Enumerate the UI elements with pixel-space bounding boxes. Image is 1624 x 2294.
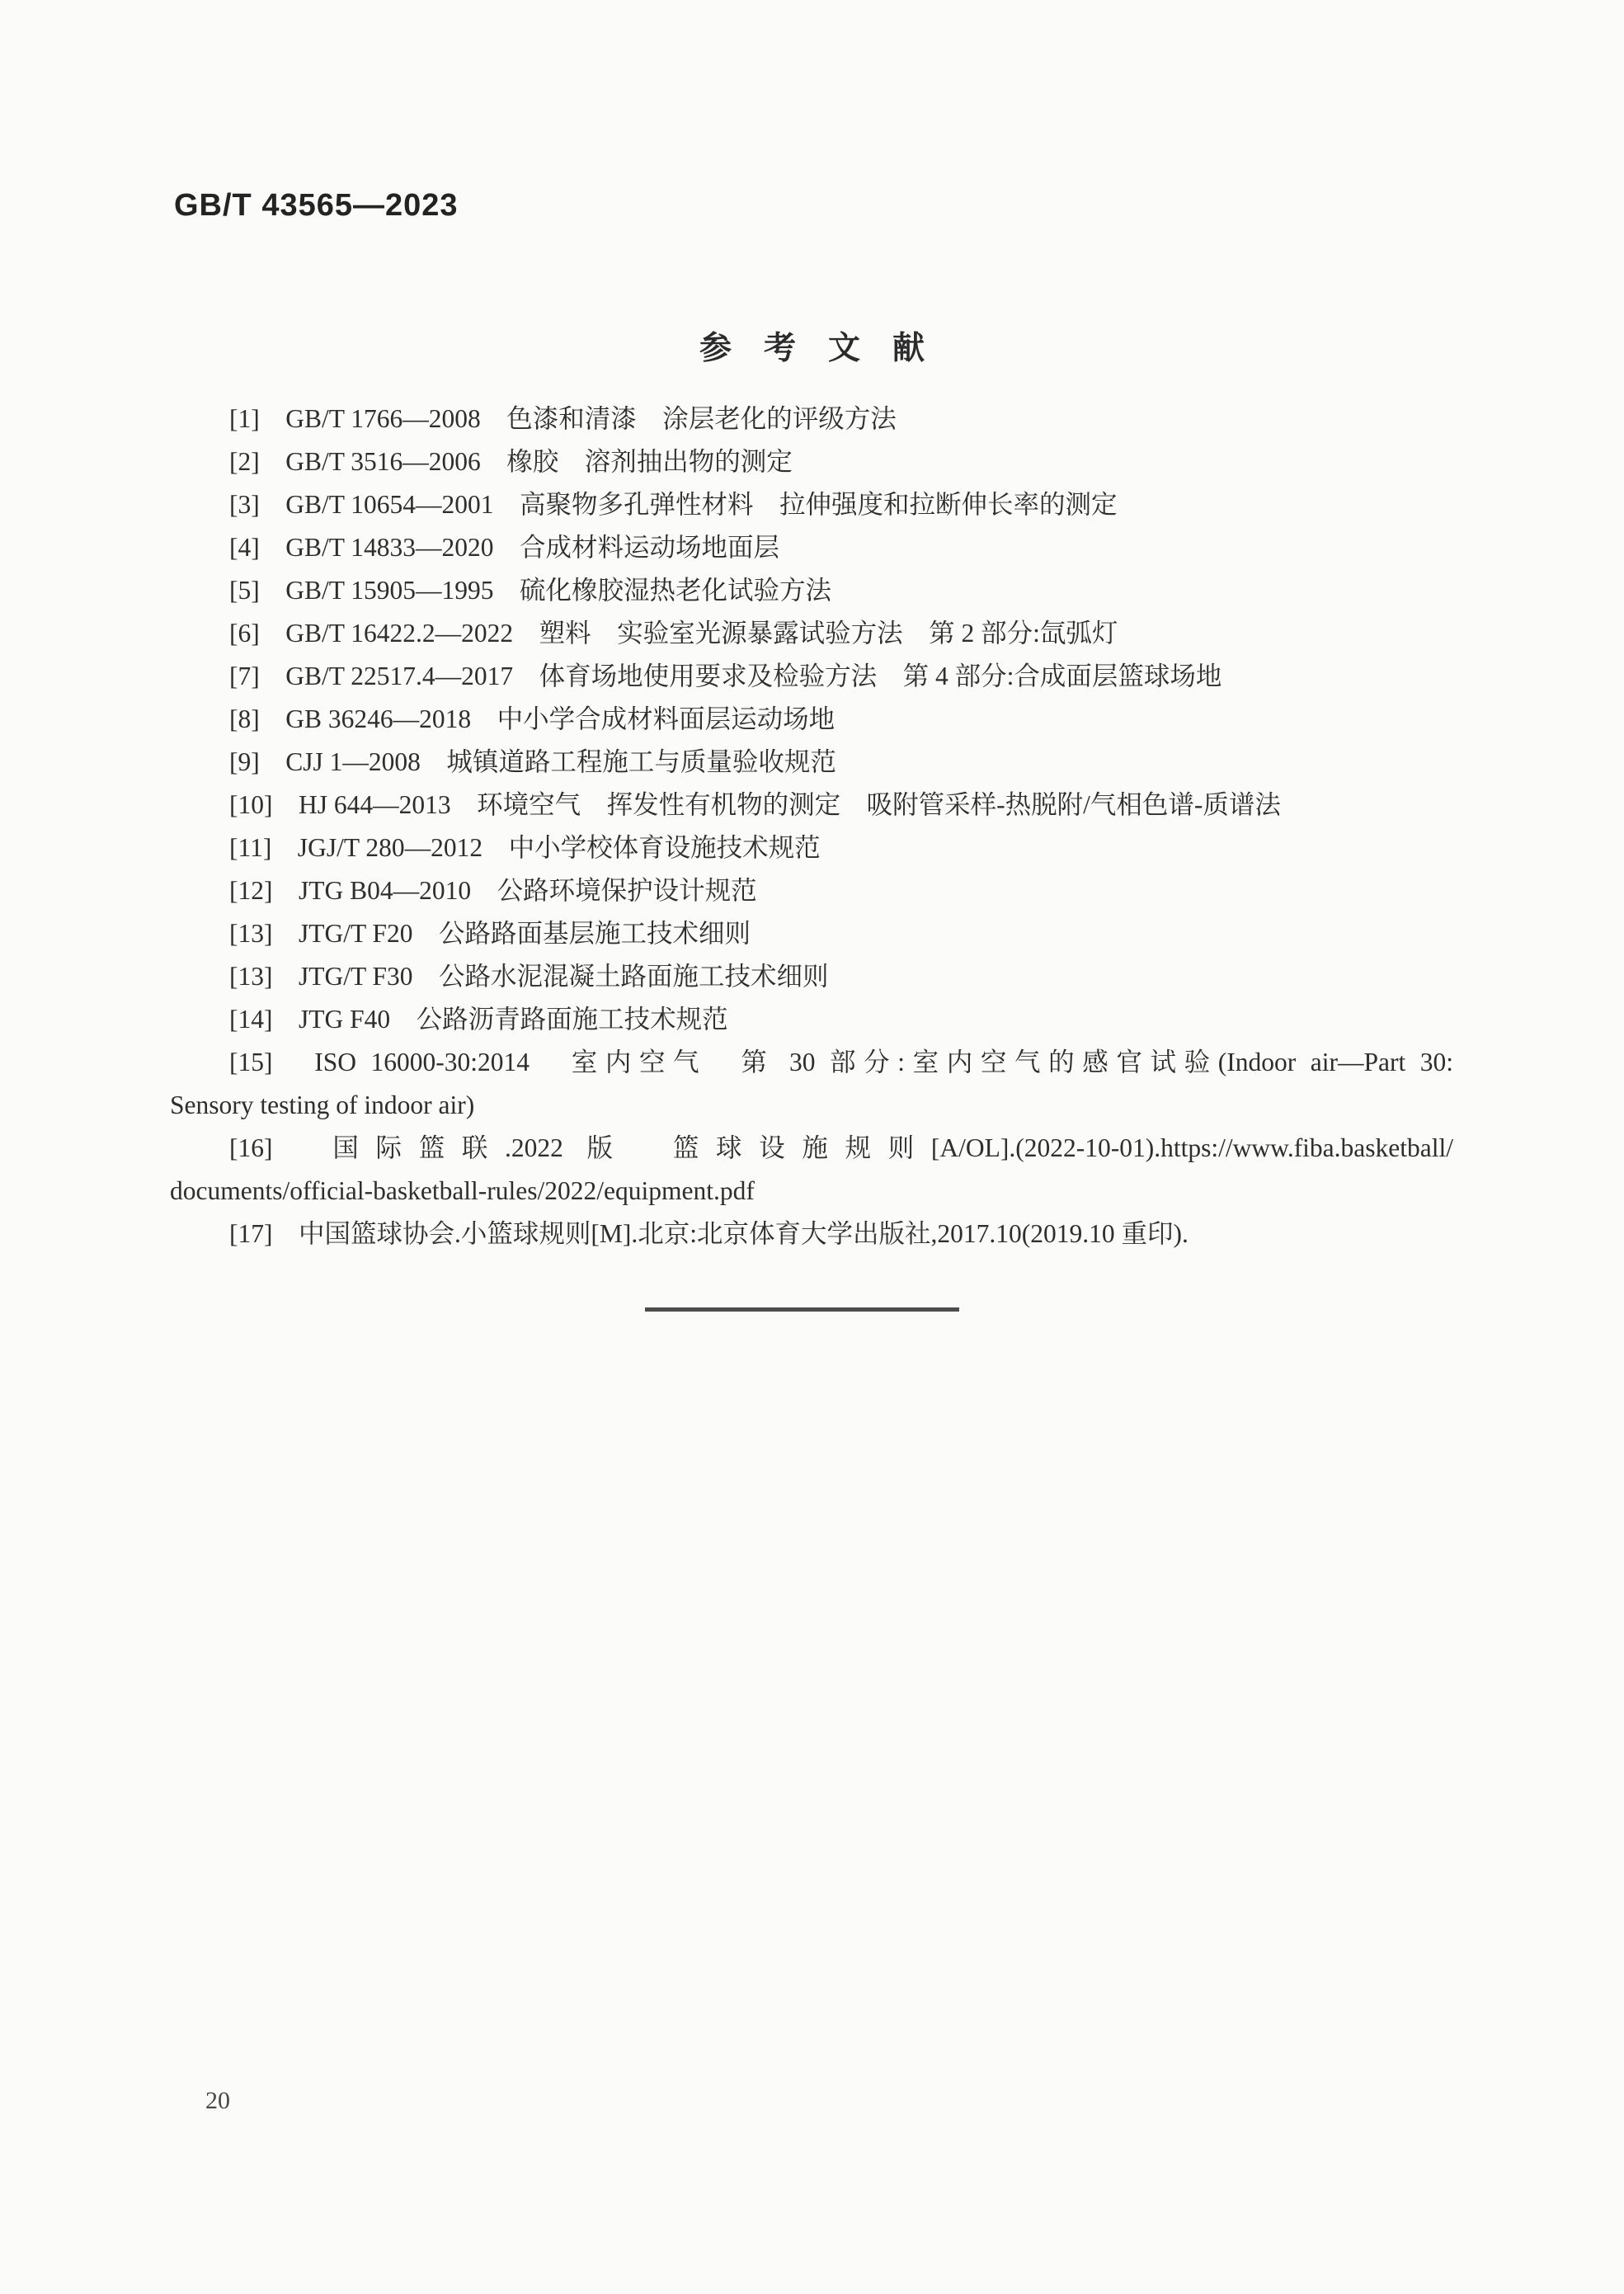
reference-item-continuation: documents/official-basketball-rules/2022… [170, 1170, 1453, 1213]
reference-item: [13] JTG/T F30 公路水泥混凝土路面施工技术细则 [170, 955, 1453, 998]
reference-item: [17] 中国篮球协会.小篮球规则[M].北京:北京体育大学出版社,2017.1… [170, 1213, 1453, 1255]
reference-item: [6] GB/T 16422.2—2022 塑料 实验室光源暴露试验方法 第 2… [170, 612, 1453, 655]
reference-item: [10] HJ 644—2013 环境空气 挥发性有机物的测定 吸附管采样-热脱… [170, 784, 1453, 827]
document-page: GB/T 43565—2023 参 考 文 献 [1] GB/T 1766—20… [0, 0, 1624, 2294]
reference-list: [1] GB/T 1766—2008 色漆和清漆 涂层老化的评级方法[2] GB… [170, 398, 1453, 1255]
reference-item: [4] GB/T 14833—2020 合成材料运动场地面层 [170, 526, 1453, 569]
scanned-standard-page: { "page": { "header": "GB/T 43565—2023",… [0, 0, 1624, 2294]
reference-item: [12] JTG B04—2010 公路环境保护设计规范 [170, 869, 1453, 912]
reference-item: [11] JGJ/T 280—2012 中小学校体育设施技术规范 [170, 827, 1453, 869]
page-title: 参 考 文 献 [0, 323, 1624, 369]
reference-item: [3] GB/T 10654—2001 高聚物多孔弹性材料 拉伸强度和拉断伸长率… [170, 483, 1453, 526]
reference-item: [2] GB/T 3516—2006 橡胶 溶剂抽出物的测定 [170, 440, 1453, 483]
standard-number-header: GB/T 43565—2023 [174, 188, 459, 224]
reference-item: [13] JTG/T F20 公路路面基层施工技术细则 [170, 912, 1453, 955]
reference-item: [14] JTG F40 公路沥青路面施工技术规范 [170, 998, 1453, 1041]
reference-item-continuation: Sensory testing of indoor air) [170, 1084, 1453, 1127]
reference-item: [5] GB/T 15905—1995 硫化橡胶湿热老化试验方法 [170, 569, 1453, 612]
reference-item: [15] ISO 16000-30:2014 室内空气 第 30 部分:室内空气… [170, 1041, 1453, 1084]
reference-item: [8] GB 36246—2018 中小学合成材料面层运动场地 [170, 698, 1453, 741]
reference-item: [9] CJJ 1—2008 城镇道路工程施工与质量验收规范 [170, 741, 1453, 784]
reference-item: [1] GB/T 1766—2008 色漆和清漆 涂层老化的评级方法 [170, 398, 1453, 440]
end-of-document-divider [645, 1307, 959, 1312]
page-number: 20 [205, 2087, 230, 2115]
reference-item: [16] 国际篮联.2022 版 篮球设施规则[A/OL].(2022-10-0… [170, 1127, 1453, 1170]
reference-item: [7] GB/T 22517.4—2017 体育场地使用要求及检验方法 第 4 … [170, 655, 1453, 698]
